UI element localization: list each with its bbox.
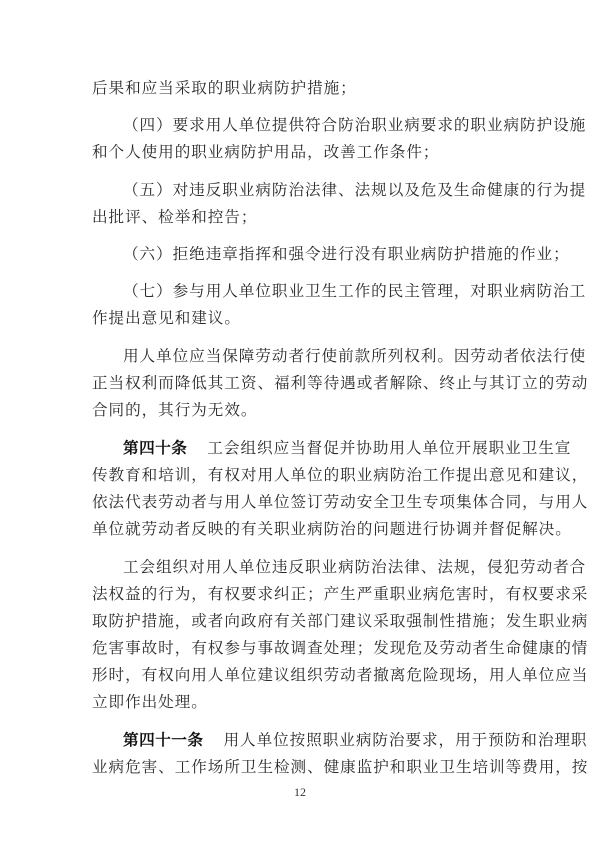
text-line: 取防护措施，或者向政府有关部门建议采取强制性措施；发生职业病 <box>92 611 508 631</box>
text-line: 正当权利而降低其工资、福利等待遇或者解除、终止与其订立的劳动 <box>92 373 508 393</box>
text-line: 工会组织应当督促并协助用人单位开展职业卫生宣 <box>207 439 571 457</box>
text-line: （四）要求用人单位提供符合防治职业病要求的职业病防护设施 <box>123 115 508 135</box>
text-line: （七）参与用人单位职业卫生工作的民主管理，对职业病防治工 <box>123 281 508 301</box>
text-line: （六）拒绝违章指挥和强令进行没有职业病防护措施的作业； <box>123 244 508 264</box>
text-line: 用人单位按照职业病防治要求，用于预防和治理职 <box>223 731 587 749</box>
text-line: 法权益的行为，有权要求纠正；产生严重职业病危害时，有权要求采 <box>92 584 508 604</box>
article-heading: 第四十一条 <box>123 731 203 749</box>
text-line: 后果和应当采取的职业病防护措施； <box>92 78 508 98</box>
article-heading: 第四十条 <box>123 439 187 457</box>
text-line: 出批评、检举和控告； <box>92 207 508 227</box>
text-line: 单位就劳动者反映的有关职业病防治的问题进行协调并督促解决。 <box>92 519 508 539</box>
text-line: 立即作出处理。 <box>92 692 508 712</box>
document-page: 后果和应当采取的职业病防护措施； （四）要求用人单位提供符合防治职业病要求的职业… <box>0 0 600 848</box>
text-line: 形时，有权向用人单位建议组织劳动者撤离危险现场，用人单位应当 <box>92 665 508 685</box>
text-line: 危害事故时，有权参与事故调查处理；发现危及劳动者生命健康的情 <box>92 638 508 658</box>
text-line: （五）对违反职业病防治法律、法规以及危及生命健康的行为提 <box>123 180 508 200</box>
article-40-first-line: 第四十条工会组织应当督促并协助用人单位开展职业卫生宣 <box>123 438 508 458</box>
article-41-first-line: 第四十一条用人单位按照职业病防治要求，用于预防和治理职 <box>123 730 508 750</box>
text-line: 依法代表劳动者与用人单位签订劳动安全卫生专项集体合同，与用人 <box>92 492 508 512</box>
page-number: 12 <box>0 785 600 800</box>
text-line: 用人单位应当保障劳动者行使前款所列权利。因劳动者依法行使 <box>123 346 508 366</box>
text-line: 作提出意见和建议。 <box>92 308 508 328</box>
text-line: 合同的，其行为无效。 <box>92 400 508 420</box>
text-line: 业病危害、工作场所卫生检测、健康监护和职业卫生培训等费用，按 <box>92 757 508 777</box>
text-line: 和个人使用的职业病防护用品，改善工作条件； <box>92 142 508 162</box>
text-line: 工会组织对用人单位违反职业病防治法律、法规，侵犯劳动者合 <box>123 557 508 577</box>
text-line: 传教育和培训，有权对用人单位的职业病防治工作提出意见和建议， <box>92 465 508 485</box>
